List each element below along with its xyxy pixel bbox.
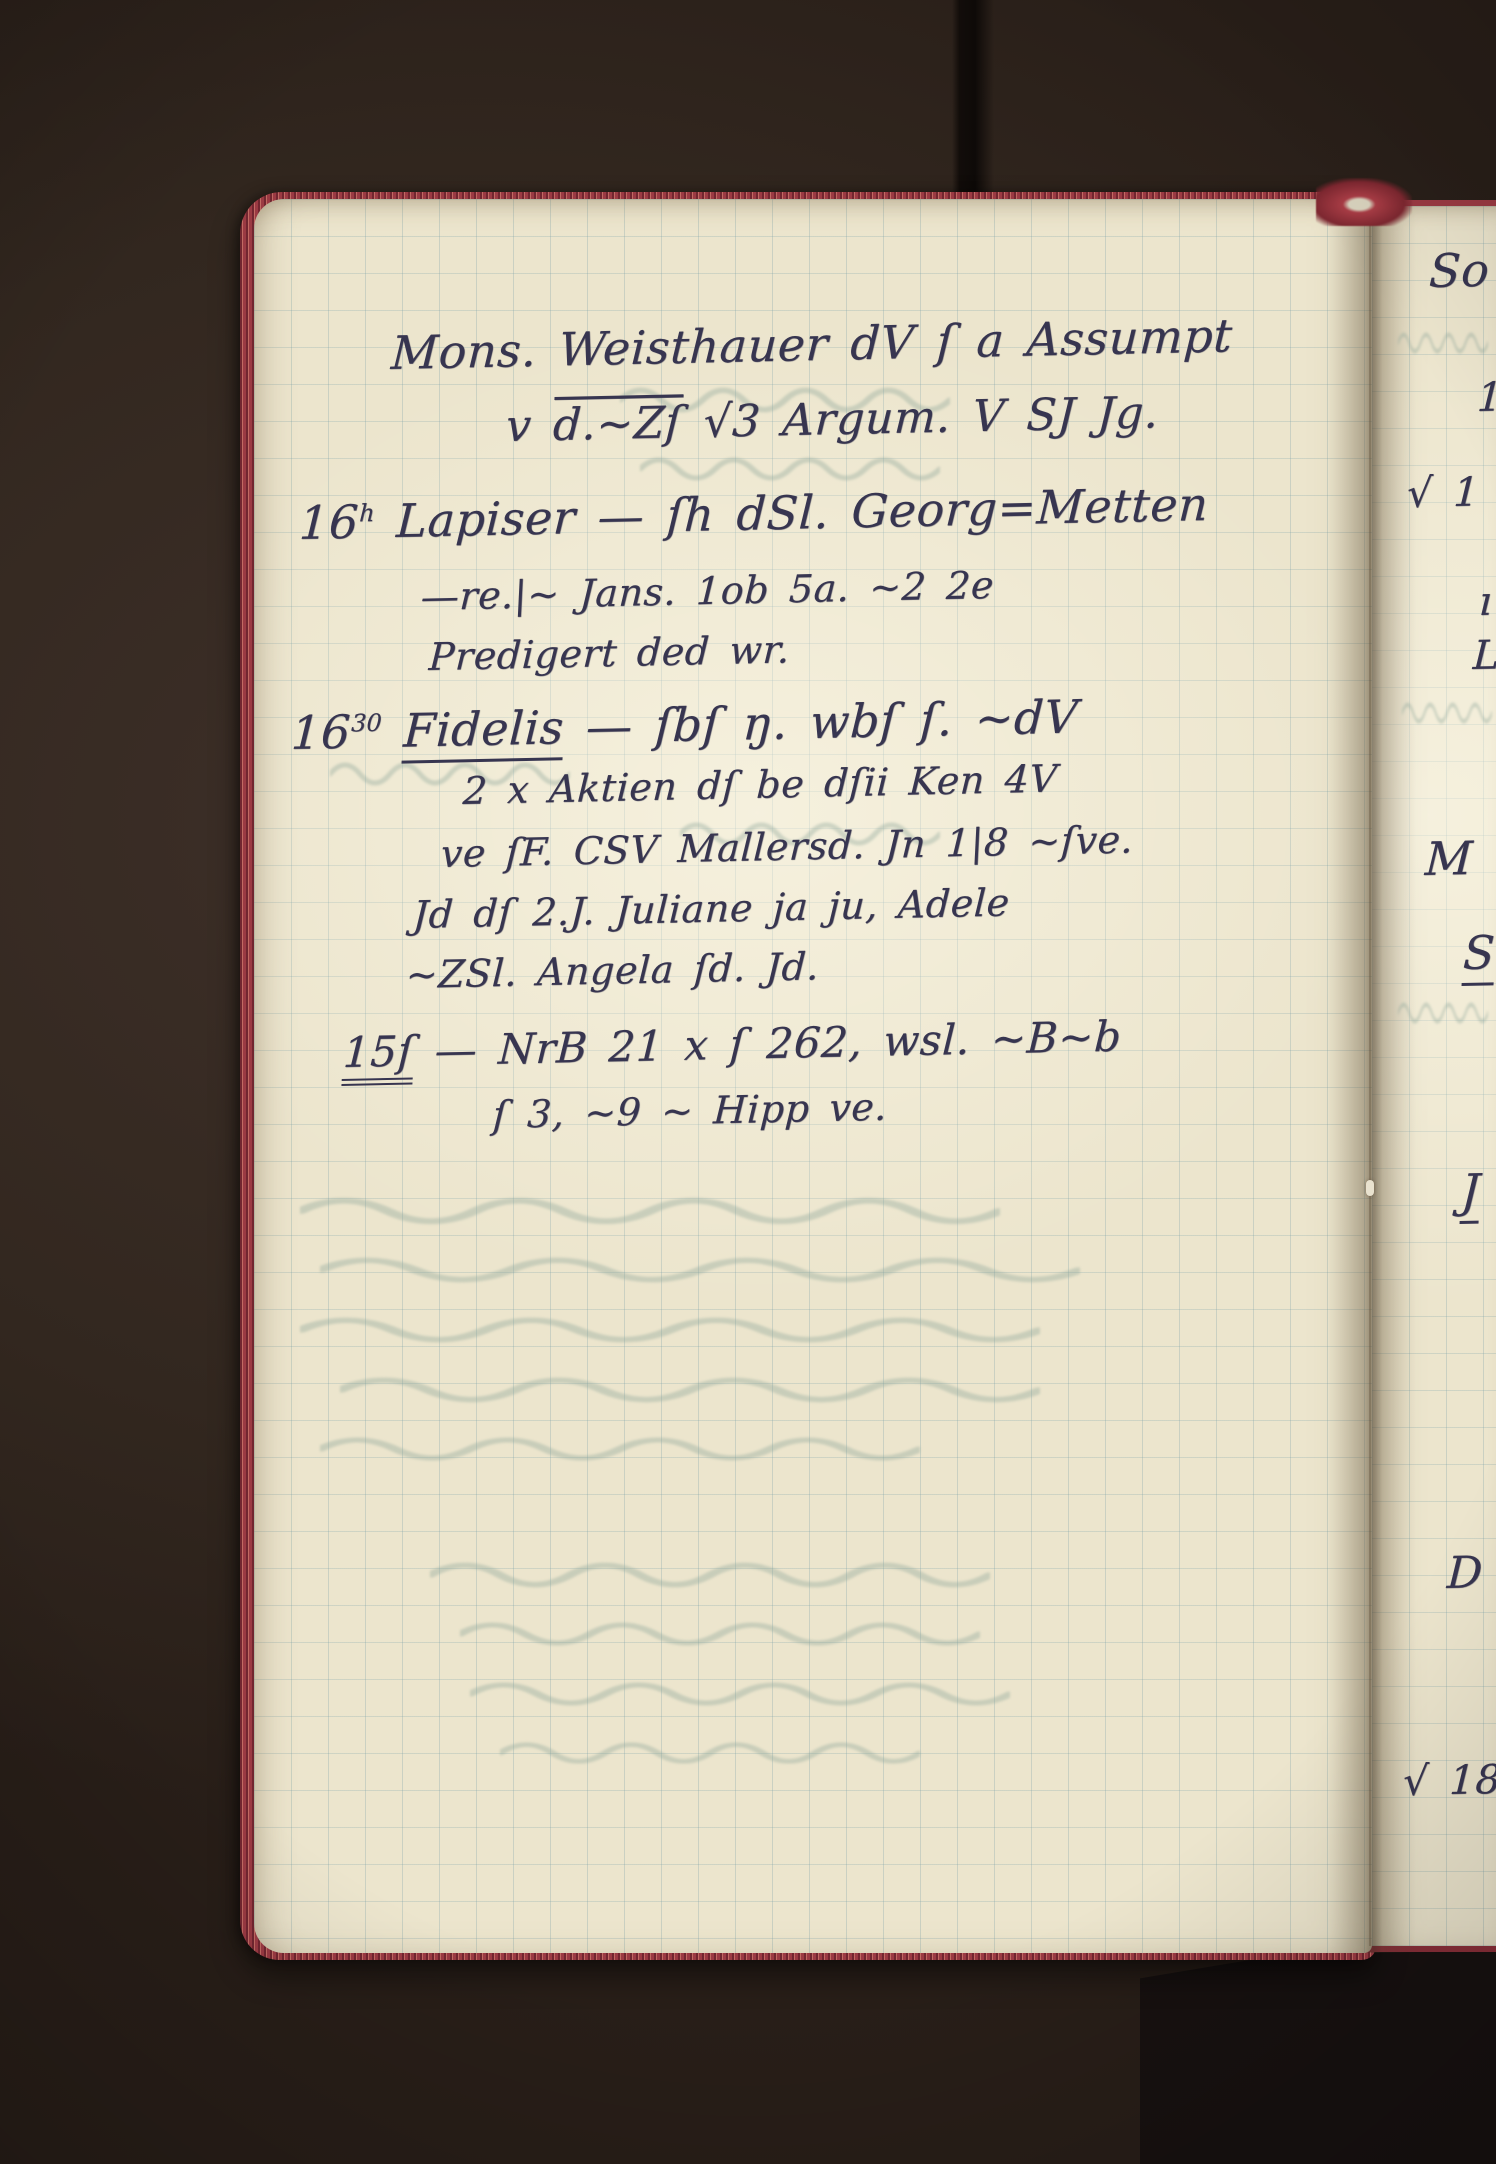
line-text: Lapiser — ſh dSl. Georg⁠=⁠Metten (373, 477, 1210, 549)
handwritten-fragment: L (1472, 635, 1496, 676)
handwritten-fragment: S (1462, 929, 1496, 976)
underlined-name: Fidelis (402, 700, 565, 763)
handwritten-line: ~ZSl. Angela ſd. Jd. (405, 947, 820, 994)
handwritten-line: Mons. Weisthauer dV ſ a Assumpt (390, 312, 1234, 376)
superscript: 30 (351, 709, 383, 738)
line-text: 2 x Aktien dſ be dſii Ken 4V (462, 756, 1059, 813)
handwritten-line: 2 x Aktien dſ be dſii Ken 4V (462, 759, 1058, 810)
fragment-text: ı (1478, 579, 1494, 625)
handwritten-fragment: So (1428, 247, 1491, 294)
photo-of-open-notebook: { "colors": { "background_brown": "#3227… (0, 0, 1496, 2164)
time-number: 16 (290, 705, 352, 760)
handwritten-fragment: 1 (1476, 377, 1496, 418)
handwritten-line: Predigert ded wr. (428, 630, 791, 676)
superscript: h (359, 499, 376, 527)
handwritten-line: v d.~Zſ √3 Argum. V SJ Jg. (505, 391, 1160, 449)
handwritten-fragment: D (1446, 1551, 1484, 1596)
handwritten-line: 1630 Fidelis — ſbſ ŋ. wbſ ſ. ~dV (290, 693, 1079, 756)
line-text: —re.|~ Jans. 1ob 5a. ~2 2e (420, 563, 995, 619)
line-text: ve ſF. CSV Mallersd. Jn 1|8 ~ſve. (440, 817, 1135, 876)
fragment-text: D (1446, 1547, 1484, 1599)
spine-gap-shadow (952, 0, 994, 202)
left-page-ink-layer: Mons. Weisthauer dV ſ a Assumpt v d.~Zſ … (254, 199, 1372, 1953)
line-text: — ſbſ ŋ. wbſ ſ. ~dV (563, 689, 1080, 754)
line-text: v (505, 400, 555, 452)
handwritten-fragment: J (1460, 1168, 1481, 1214)
line-text: Mons. Weisthauer dV ſ a Assumpt (390, 308, 1234, 380)
time-number: 16 (298, 495, 360, 550)
line-text: Predigert ded wr. (428, 627, 791, 679)
book-cover-dark-corner (1140, 1926, 1496, 2164)
fragment-text: L (1472, 632, 1496, 679)
line-text: √3 Argum. V SJ Jg. (681, 387, 1160, 448)
handwritten-line: —re.|~ Jans. 1ob 5a. ~2 2e (420, 566, 995, 616)
fragment-text: √ 1 (1406, 469, 1481, 517)
handwritten-fragment: √ 1 (1406, 472, 1480, 514)
fragment-text: So (1428, 243, 1491, 298)
handwritten-fragment: √ 18 (1402, 1760, 1496, 1802)
line-text: — NrB 21 x ſ 262, wsl. ~B~b (413, 1012, 1123, 1076)
handwritten-line: ve ſF. CSV Mallersd. Jn 1|8 ~ſve. (440, 820, 1134, 873)
handwritten-line: 16h Lapiser — ſh dSl. Georg⁠=⁠Metten (298, 481, 1210, 546)
fragment-text: √ 18 (1402, 1757, 1496, 1805)
line-text: ſ 3, ~9 ~ Hipp ve. (492, 1085, 888, 1137)
line-text: Jd dſ 2.J. Juliane ja ju, Adele (412, 880, 1011, 937)
right-page-ink-layer: So 1 √ 1 ı L M S J D √ 18 (1372, 206, 1496, 1946)
underlined-text: 15ſ (341, 1026, 415, 1086)
line-text: ~ZSl. Angela ſd. Jd. (405, 944, 820, 997)
underlined-text: J (1460, 1164, 1482, 1224)
fragment-text: M (1424, 831, 1474, 886)
handwritten-fragment: M (1424, 835, 1474, 882)
handwritten-line: Jd dſ 2.J. Juliane ja ju, Adele (412, 883, 1011, 934)
fragment-text: 1 (1476, 374, 1496, 421)
handwritten-line: 15ſ — NrB 21 x ſ 262, wsl. ~B~b (342, 1016, 1123, 1074)
handwritten-line: ſ 3, ~9 ~ Hipp ve. (492, 1088, 888, 1134)
handwritten-fragment: ı (1478, 582, 1493, 622)
underlined-text: S (1462, 925, 1496, 986)
overlined-text: d.~Zſ (552, 397, 683, 451)
